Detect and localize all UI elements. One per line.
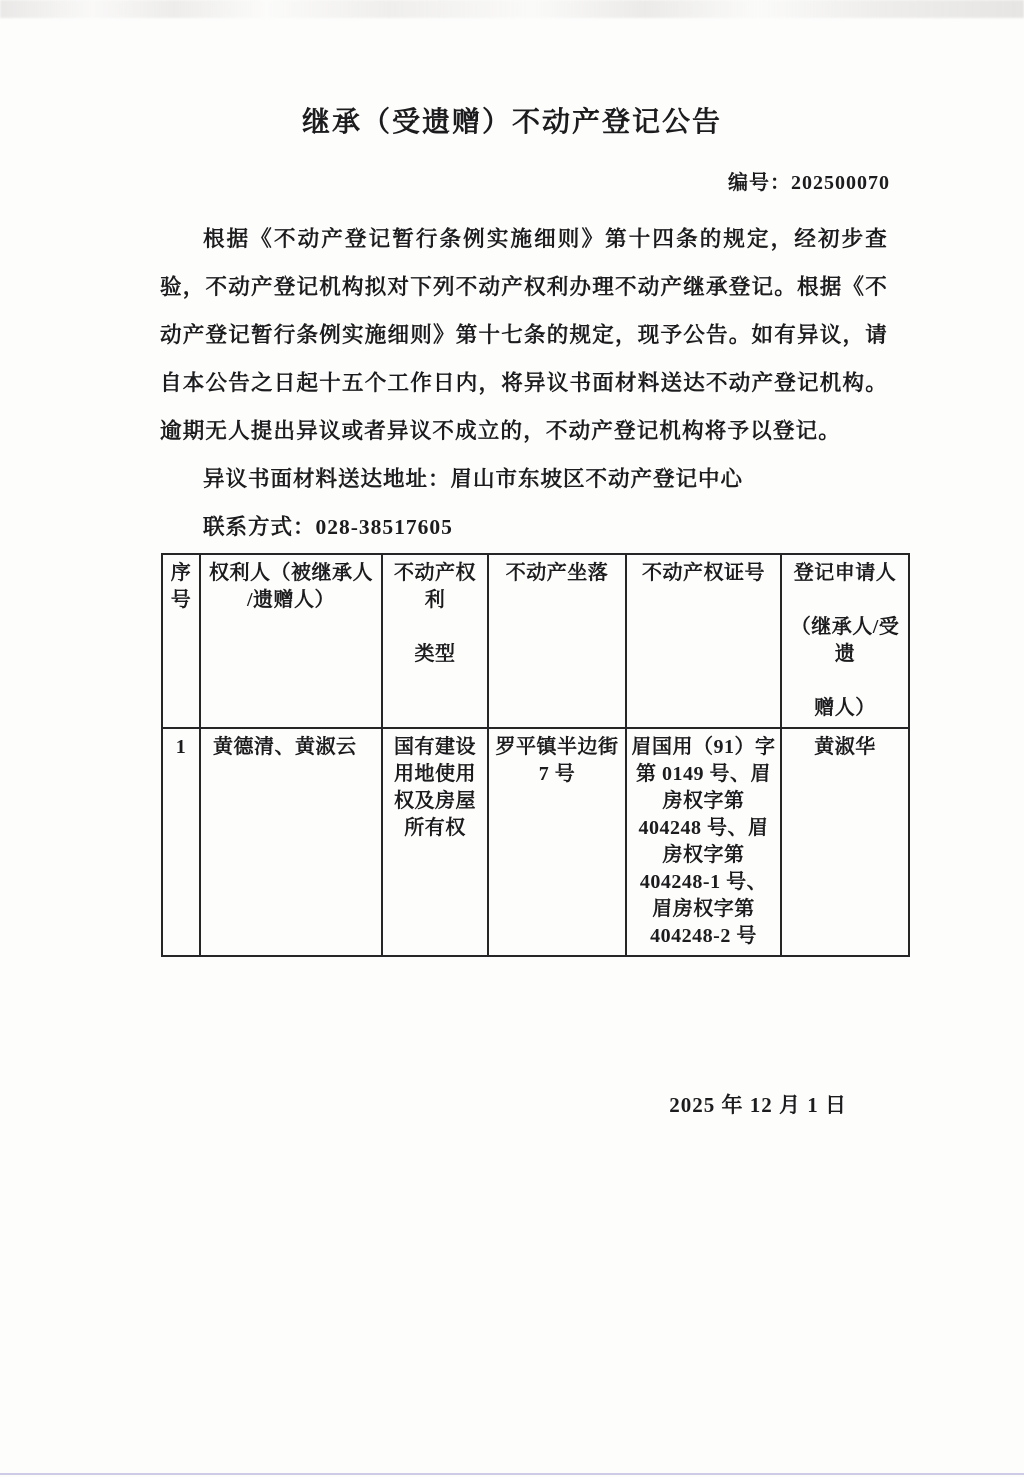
col-header-rightholder: 权利人（被继承人 /遗赠人） xyxy=(200,554,382,728)
table-header: 序 号 权利人（被继承人 /遗赠人） 不动产权 利 类型 不动产坐落 不动产权证… xyxy=(162,554,909,728)
cell-cert-number: 眉国用（91）字 第 0149 号、眉 房权字第 404248 号、眉 房权字第… xyxy=(626,728,781,956)
date-line: 2025 年 12 月 1 日 xyxy=(0,1089,1024,1119)
cell-applicant: 黄淑华 xyxy=(781,728,909,956)
col-header-applicant: 登记申请人 （继承人/受 遗 赠人） xyxy=(781,554,909,728)
cell-serial: 1 xyxy=(162,728,200,956)
col-header-location: 不动产坐落 xyxy=(488,554,626,728)
table-row: 1 黄德清、黄淑云 国有建设 用地使用 权及房屋 所有权 罗平镇半边街 7 号 … xyxy=(162,728,909,956)
address-line: 异议书面材料送达地址：眉山市东坡区不动产登记中心 xyxy=(160,455,888,503)
page-title: 继承（受遗赠）不动产登记公告 xyxy=(0,100,1024,140)
scan-artifact-top xyxy=(0,0,1024,18)
doc-number: 编号：202500070 xyxy=(0,166,1024,195)
cell-rightholder: 黄德清、黄淑云 xyxy=(200,728,382,956)
col-header-right-type: 不动产权 利 类型 xyxy=(382,554,488,728)
body-paragraph: 根据《不动产登记暂行条例实施细则》第十四条的规定，经初步查验，不动产登记机构拟对… xyxy=(160,215,888,455)
table-header-row: 序 号 权利人（被继承人 /遗赠人） 不动产权 利 类型 不动产坐落 不动产权证… xyxy=(162,554,909,728)
registration-table: 序 号 权利人（被继承人 /遗赠人） 不动产权 利 类型 不动产坐落 不动产权证… xyxy=(161,553,910,957)
contact-line: 联系方式：028-38517605 xyxy=(160,503,888,551)
col-header-cert-number: 不动产权证号 xyxy=(626,554,781,728)
cell-right-type: 国有建设 用地使用 权及房屋 所有权 xyxy=(382,728,488,956)
document-page: 继承（受遗赠）不动产登记公告 编号：202500070 根据《不动产登记暂行条例… xyxy=(0,0,1024,1477)
scan-artifact-bottom xyxy=(0,1473,1024,1475)
col-header-serial: 序 号 xyxy=(162,554,200,728)
table-body: 1 黄德清、黄淑云 国有建设 用地使用 权及房屋 所有权 罗平镇半边街 7 号 … xyxy=(162,728,909,956)
cell-location: 罗平镇半边街 7 号 xyxy=(488,728,626,956)
